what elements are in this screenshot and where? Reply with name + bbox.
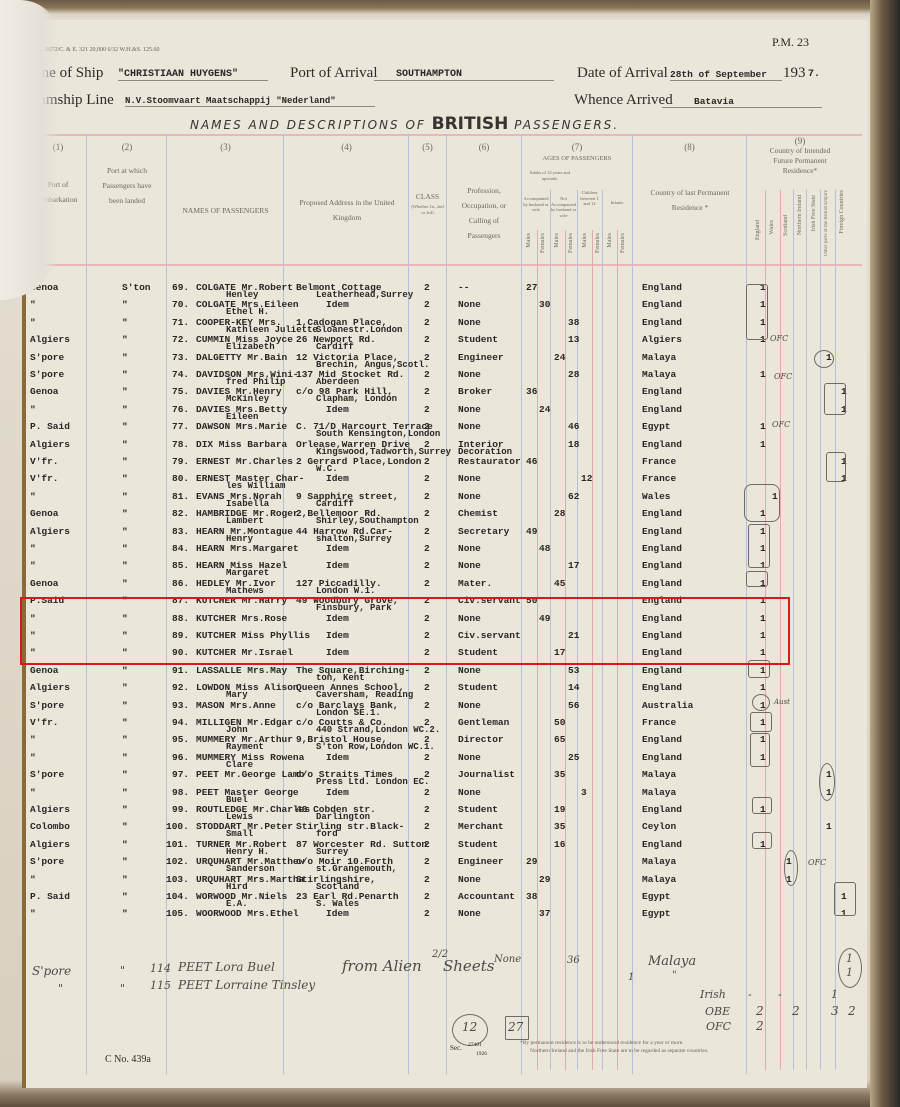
pencil-bracket — [746, 571, 768, 587]
col2-header: (2) Port at which Passengers have been l… — [88, 140, 166, 208]
hand-no: 114 — [150, 962, 171, 975]
landed-port: " — [122, 682, 128, 693]
embarkation-port: " — [30, 317, 36, 328]
passenger-name: ERNEST Mr.Charles — [196, 456, 293, 467]
class: 2 — [424, 491, 430, 502]
proposed-address: Idem — [326, 752, 349, 763]
proposed-address: Idem — [326, 473, 349, 484]
landed-port: " — [122, 908, 128, 919]
passenger-number: 86. — [172, 578, 189, 589]
proposed-address: Stirling str.Black- — [296, 821, 404, 832]
occupation: None — [458, 665, 481, 676]
age: 29 — [539, 874, 550, 885]
proposed-address: Idem — [326, 908, 349, 919]
last-residence: England — [642, 508, 682, 519]
future-residence-mark: 1 — [760, 439, 766, 450]
passenger-number: 79. — [172, 456, 189, 467]
occupation: None — [458, 752, 481, 763]
pencil-bracket — [826, 452, 846, 482]
occupation: None — [458, 317, 481, 328]
sex-label: Males — [554, 233, 560, 248]
proposed-address: Idem — [326, 560, 349, 571]
hand-no: 115 — [150, 979, 171, 992]
class: 2 — [424, 787, 430, 798]
sex-label: Males — [582, 233, 588, 248]
passenger-number: 94. — [172, 717, 189, 728]
landed-port: " — [122, 386, 128, 397]
embarkation-port: V'fr. — [30, 717, 59, 728]
passenger-number: 83. — [172, 526, 189, 537]
age: 3 — [581, 787, 587, 798]
passenger-name: LASSALLE Mrs.May — [196, 665, 287, 676]
occupation: Engineer — [458, 856, 504, 867]
header-bottom-rule — [26, 264, 862, 266]
pencil-circle — [752, 694, 770, 711]
embarkation-port: Genoa — [30, 578, 59, 589]
embarkation-port: V'fr. — [30, 456, 59, 467]
landed-port: " — [122, 404, 128, 415]
landed-port: " — [122, 317, 128, 328]
embarkation-port: P. Said — [30, 421, 70, 432]
occupation: Director — [458, 734, 504, 745]
last-residence: Egypt — [642, 908, 671, 919]
age: 45 — [554, 578, 565, 589]
hand-infant: 1 — [628, 972, 634, 983]
last-residence: England — [642, 543, 682, 554]
hand-landed: " — [120, 964, 125, 977]
passenger-name: DIX Miss Barbara — [196, 439, 287, 450]
embarkation-port: Algiers — [30, 804, 70, 815]
tally-label: Irish — [700, 988, 726, 1001]
pencil-bracket — [834, 882, 856, 916]
landed-port: " — [122, 334, 128, 345]
last-residence: England — [642, 317, 682, 328]
ofc-note: OFC — [774, 372, 792, 381]
embarkation-port: " — [30, 560, 36, 571]
class: 2 — [424, 560, 430, 571]
date-label: Date of Arrival — [577, 65, 668, 82]
age: 35 — [554, 821, 565, 832]
class: 2 — [424, 804, 430, 815]
future-residence-mark: 1 — [760, 682, 766, 693]
port-of-arrival: SOUTHAMPTON — [374, 69, 554, 81]
landed-port: " — [122, 752, 128, 763]
occupation: None — [458, 473, 481, 484]
passenger-number: 76. — [172, 404, 189, 415]
last-residence: Malaya — [642, 369, 676, 380]
col7-children: Children between 1 and 12 — [577, 190, 602, 207]
passenger-number: 73. — [172, 352, 189, 363]
last-residence: England — [642, 560, 682, 571]
last-residence: England — [642, 526, 682, 537]
age: 25 — [568, 752, 579, 763]
age: 28 — [568, 369, 579, 380]
table-row: P. Said"77.DAWSON Mrs.MarieC. 71/D Harco… — [0, 421, 900, 438]
col9-header: (9) Country of Intended Future Permanent… — [760, 136, 840, 176]
passenger-name: DALGETTY Mr.Bain — [196, 352, 287, 363]
hand-emb: S'pore — [32, 964, 71, 978]
col7-adults-header: Adults of 12 years and upwards — [522, 170, 577, 182]
col7-header: (7) AGES OF PASSENGERS — [522, 140, 632, 163]
table-row: S'pore"73.DALGETTY Mr.Bain12 Victoria Pl… — [0, 352, 900, 369]
passenger-name: URQUHART Mrs.Martha — [196, 874, 304, 885]
occupation: Student — [458, 334, 498, 345]
passenger-name: WOORWOOD Mrs.Ethel — [196, 908, 299, 919]
class: 2 — [424, 821, 430, 832]
page-curl — [0, 0, 60, 300]
landed-port: " — [122, 734, 128, 745]
embarkation-port: Genoa — [30, 508, 59, 519]
hand-landed: " — [120, 982, 125, 995]
class: 2 — [424, 508, 430, 519]
pencil-bracket — [752, 797, 772, 814]
landed-port: " — [122, 700, 128, 711]
last-residence: Malaya — [642, 874, 676, 885]
pencil-bracket — [748, 524, 770, 568]
occupation: -- — [458, 282, 469, 293]
embarkation-port: S'pore — [30, 352, 64, 363]
col7-not-accompanied: Not Accompanied by husband or wife — [550, 196, 577, 218]
class: 2 — [424, 891, 430, 902]
last-residence: Ceylon — [642, 821, 676, 832]
ofc-note: OFC — [772, 420, 790, 429]
landed-port: " — [122, 769, 128, 780]
embarkation-port: " — [30, 543, 36, 554]
last-residence: France — [642, 717, 676, 728]
last-residence: England — [642, 386, 682, 397]
proposed-address: Idem — [326, 787, 349, 798]
class: 2 — [424, 317, 430, 328]
tally-cell: 3 — [831, 1004, 839, 1018]
class: 2 — [424, 526, 430, 537]
landed-port: S'ton — [122, 282, 151, 293]
embarkation-port: S'pore — [30, 700, 64, 711]
landed-port: " — [122, 508, 128, 519]
landed-port: " — [122, 560, 128, 571]
future-residence-mark: 1 — [760, 421, 766, 432]
aust-note: Aust — [774, 698, 790, 706]
occupation: Merchant — [458, 821, 504, 832]
passenger-number: 78. — [172, 439, 189, 450]
year-suffix: 7. — [808, 69, 820, 80]
future-residence-mark: 1 — [826, 821, 832, 832]
last-residence: England — [642, 299, 682, 310]
header-top-rule — [26, 134, 862, 136]
table-row: ""105.WOORWOOD Mrs.EthelIdem2NoneEgypt37… — [0, 908, 900, 925]
table-row: P. Said"104.WORWOOD Mr.Niels23 Earl Rd.P… — [0, 891, 900, 908]
age: 19 — [554, 804, 565, 815]
proposed-address: Idem — [326, 404, 349, 415]
class: 2 — [424, 578, 430, 589]
last-residence: England — [642, 804, 682, 815]
last-residence: England — [642, 578, 682, 589]
occupation: None — [458, 491, 481, 502]
embarkation-port: " — [30, 787, 36, 798]
passenger-number: 71. — [172, 317, 189, 328]
col4-header: (4) Proposed Address in the United Kingd… — [285, 140, 408, 225]
landed-port: " — [122, 578, 128, 589]
embarkation-port: " — [30, 299, 36, 310]
proposed-address: 2 Gerrard Place,London — [296, 456, 421, 467]
pencil-bracket — [824, 383, 846, 415]
last-residence: England — [642, 839, 682, 850]
passenger-number: 84. — [172, 543, 189, 554]
class: 2 — [424, 282, 430, 293]
whence-arrived: Batavia — [662, 96, 822, 108]
age: 53 — [568, 665, 579, 676]
last-residence: Algiers — [642, 334, 682, 345]
tally-cell: 2 — [756, 1004, 764, 1018]
table-row: S'pore"74.DAVIDSON Mrs.Wini-137 Mid Stoc… — [0, 369, 900, 386]
passenger-name: PEET Mr.George Lamb — [196, 769, 304, 780]
embarkation-port: " — [30, 874, 36, 885]
occupation: None — [458, 560, 481, 571]
sex-label: Females — [540, 233, 546, 253]
passenger-number: 105. — [166, 908, 189, 919]
embarkation-port: " — [30, 404, 36, 415]
last-residence: Egypt — [642, 891, 671, 902]
steamship-line: N.V.Stoomvaart Maatschappij "Nederland" — [125, 96, 375, 107]
age: 12 — [581, 473, 592, 484]
hand-name: PEET Lora Buel — [178, 960, 275, 974]
embarkation-port: " — [30, 908, 36, 919]
landed-port: " — [122, 787, 128, 798]
pencil-bracket — [746, 284, 768, 340]
future-wales-label: Wales — [769, 220, 775, 235]
occupation: None — [458, 787, 481, 798]
class: 2 — [424, 456, 430, 467]
age: 35 — [554, 769, 565, 780]
age: 48 — [539, 543, 550, 554]
tally-cell: 2 — [792, 1004, 800, 1018]
last-residence: England — [642, 439, 682, 450]
circled-number-value: 12 — [462, 1020, 477, 1034]
last-residence: France — [642, 456, 676, 467]
age: 65 — [554, 734, 565, 745]
occupation: Gentleman — [458, 717, 509, 728]
class: 2 — [424, 404, 430, 415]
embarkation-port: Algiers — [30, 439, 70, 450]
passenger-number: 97. — [172, 769, 189, 780]
age: 62 — [568, 491, 579, 502]
passenger-number: 77. — [172, 421, 189, 432]
embarkation-port: " — [30, 491, 36, 502]
age: 38 — [526, 891, 537, 902]
landed-port: " — [122, 891, 128, 902]
age: 46 — [568, 421, 579, 432]
year-prefix: 193 — [783, 65, 806, 82]
hand-ditto: " — [672, 970, 677, 981]
last-residence: Australia — [642, 700, 693, 711]
future-england-label: England — [755, 220, 761, 240]
landed-port: " — [122, 299, 128, 310]
embarkation-port: Colombo — [30, 821, 70, 832]
occupation: Restaurator — [458, 456, 521, 467]
last-residence: Malaya — [642, 787, 676, 798]
col6-header: (6) Profession, Occupation, or Calling o… — [447, 140, 521, 243]
last-residence: England — [642, 404, 682, 415]
passenger-number: 100. — [166, 821, 189, 832]
embarkation-port: Genoa — [30, 386, 59, 397]
occupation: Accountant — [458, 891, 515, 902]
pencil-circle — [814, 350, 834, 368]
age: 13 — [568, 334, 579, 345]
occupation: Chemist — [458, 508, 498, 519]
title-prefix: NAMES AND DESCRIPTIONS OF — [190, 118, 426, 132]
sec-label: Sec. — [450, 1044, 462, 1052]
tally-cell: - — [778, 988, 782, 1001]
hand-future: 11 — [846, 952, 854, 980]
table-row: ""103.URQUHART Mrs.MarthaStirlingshire,2… — [0, 874, 900, 891]
last-residence: Egypt — [642, 421, 671, 432]
landed-port: " — [122, 821, 128, 832]
footnote-1: *By permanent residence is to be underst… — [520, 1040, 684, 1046]
passenger-number: 104. — [166, 891, 189, 902]
embarkation-port: " — [30, 752, 36, 763]
embarkation-port: " — [30, 734, 36, 745]
age: 16 — [554, 839, 565, 850]
embarkation-port: S'pore — [30, 856, 64, 867]
footnote-2: Northern Ireland and the Irish Free Stat… — [530, 1048, 708, 1054]
pencil-bracket — [750, 712, 772, 732]
last-residence: England — [642, 682, 682, 693]
passenger-number: 72. — [172, 334, 189, 345]
embarkation-port: S'pore — [30, 369, 64, 380]
future-residence-mark: 1 — [760, 369, 766, 380]
passenger-name: HEARN Mrs.Margaret — [196, 543, 299, 554]
boxed-number-value: 27 — [508, 1020, 523, 1034]
age: 30 — [539, 299, 550, 310]
occupation: None — [458, 543, 481, 554]
occupation: None — [458, 874, 481, 885]
occupation: Secretary — [458, 526, 509, 537]
landed-port: " — [122, 856, 128, 867]
kutcher-family-highlight — [20, 597, 790, 665]
landed-port: " — [122, 421, 128, 432]
col8-header: (8) Country of last Permanent Residence … — [633, 140, 746, 215]
passenger-number: 92. — [172, 682, 189, 693]
last-residence: Malaya — [642, 856, 676, 867]
occupation: None — [458, 700, 481, 711]
passenger-number: 85. — [172, 560, 189, 571]
landed-port: " — [122, 717, 128, 728]
sec-number: 27401 — [468, 1042, 482, 1048]
c-number: C No. 439a — [105, 1054, 151, 1065]
landed-port: " — [122, 526, 128, 537]
table-row: Genoa"75.DAVIES Mr.Henryc/o 98 Park Hill… — [0, 386, 900, 403]
ship-name: "CHRISTIAAN HUYGENS" — [118, 69, 268, 81]
port-label: Port of Arrival — [290, 65, 378, 82]
age: 24 — [554, 352, 565, 363]
table-row: S'pore"102.URQUHART Mr.Matthewc/o Moir 1… — [0, 856, 900, 873]
embarkation-port: P. Said — [30, 891, 70, 902]
occupation: Journalist — [458, 769, 515, 780]
pencil-bracket — [752, 832, 772, 849]
future-nireland-label: Northern Ireland — [797, 195, 803, 235]
age: 46 — [526, 456, 537, 467]
age: 18 — [568, 439, 579, 450]
manifest-title: NAMES AND DESCRIPTIONS OF BRITISH PASSEN… — [190, 114, 619, 134]
passenger-number: 91. — [172, 665, 189, 676]
hand-name: PEET Lorraine Tinsley — [178, 978, 315, 992]
passenger-number: 70. — [172, 299, 189, 310]
class: 2 — [424, 856, 430, 867]
passenger-number: 96. — [172, 752, 189, 763]
class: 2 — [424, 700, 430, 711]
landed-port: " — [122, 439, 128, 450]
tally-cell: 1 — [831, 988, 838, 1001]
class: 2 — [424, 682, 430, 693]
landed-port: " — [122, 473, 128, 484]
landed-port: " — [122, 352, 128, 363]
future-empire-label: Other parts of the British Empire — [824, 190, 829, 256]
class: 2 — [424, 543, 430, 554]
tally-cell: 2 — [848, 1004, 856, 1018]
hand-fraction: 2/2 — [432, 950, 440, 960]
age: 29 — [526, 856, 537, 867]
embarkation-port: Algiers — [30, 334, 70, 345]
pencil-bracket — [744, 484, 780, 522]
pencil-bracket — [750, 733, 770, 767]
class: 2 — [424, 369, 430, 380]
passenger-name: ROUTLEDGE Mr.Charles — [196, 804, 310, 815]
ofc-note: OFC — [808, 858, 826, 867]
last-residence: England — [642, 665, 682, 676]
age: 38 — [568, 317, 579, 328]
occupation: Student — [458, 682, 498, 693]
form-number: P.M. 23 — [772, 35, 809, 50]
col7-infants: Infants — [602, 200, 632, 206]
occupation: None — [458, 299, 481, 310]
landed-port: " — [122, 665, 128, 676]
age: 14 — [568, 682, 579, 693]
class: 2 — [424, 752, 430, 763]
embarkation-port: Genoa — [30, 665, 59, 676]
age: 36 — [526, 386, 537, 397]
passenger-number: 82. — [172, 508, 189, 519]
passenger-number: 93. — [172, 700, 189, 711]
passenger-number: 102. — [166, 856, 189, 867]
passenger-name: DAWSON Mrs.Marie — [196, 421, 287, 432]
date-of-arrival: 28th of September — [670, 69, 782, 81]
table-row: V'fr."79.ERNEST Mr.Charles2 Gerrard Plac… — [0, 456, 900, 473]
age: 27 — [526, 282, 537, 293]
title-suffix: PASSENGERS. — [514, 118, 619, 132]
tally-cell: - — [748, 988, 752, 1001]
hand-sheets: Sheets — [443, 957, 494, 975]
proposed-address: Idem — [326, 543, 349, 554]
tally-cell: 2 — [756, 1019, 764, 1033]
class: 2 — [424, 908, 430, 919]
landed-port: " — [122, 804, 128, 815]
landed-port: " — [122, 491, 128, 502]
pencil-circle — [819, 763, 835, 801]
age: 37 — [539, 908, 550, 919]
passenger-number: 98. — [172, 787, 189, 798]
occupation: Broker — [458, 386, 492, 397]
passenger-number: 101. — [166, 839, 189, 850]
embarkation-port: Algiers — [30, 682, 70, 693]
embarkation-port: V'fr. — [30, 473, 59, 484]
pencil-circle — [784, 850, 798, 886]
last-residence: England — [642, 734, 682, 745]
last-residence: France — [642, 473, 676, 484]
future-foreign-label: Foreign Countries — [839, 190, 845, 234]
embarkation-port: S'pore — [30, 769, 64, 780]
age: 56 — [568, 700, 579, 711]
occupation: Engineer — [458, 352, 504, 363]
class: 2 — [424, 299, 430, 310]
